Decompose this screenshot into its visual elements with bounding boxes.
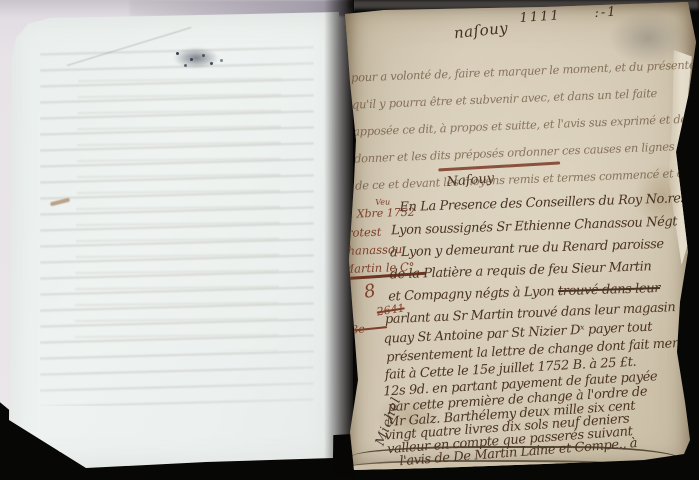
body-line: Lyon soussignés Sr Ethienne Chanassou Né… bbox=[391, 215, 699, 238]
body-line: En La Presence des Conseillers du Roy No… bbox=[399, 191, 699, 214]
right-page: 1111:-1 naſouy pour a volonté de, faire … bbox=[344, 2, 699, 480]
ink-smudge bbox=[166, 44, 226, 72]
struck-words: trouvé dans leur bbox=[558, 281, 661, 299]
body-text: En La Presence des Conseillers du Roy No… bbox=[329, 0, 699, 480]
body-line: de la Platière a requis de feu Sieur Mar… bbox=[389, 259, 699, 282]
body-line: à Lyon y demeurant rue du Renard paroiss… bbox=[390, 237, 699, 260]
ink-smudge-dots bbox=[176, 52, 179, 55]
page-content: 1111:-1 naſouy pour a volonté de, faire … bbox=[329, 0, 699, 480]
bleed-through-text-2 bbox=[74, 71, 282, 352]
scanned-manuscript: 1111:-1 naſouy pour a volonté de, faire … bbox=[0, 0, 699, 480]
left-page bbox=[6, 12, 340, 470]
body-line-text: et Compagny négts à Lyon bbox=[388, 284, 558, 304]
